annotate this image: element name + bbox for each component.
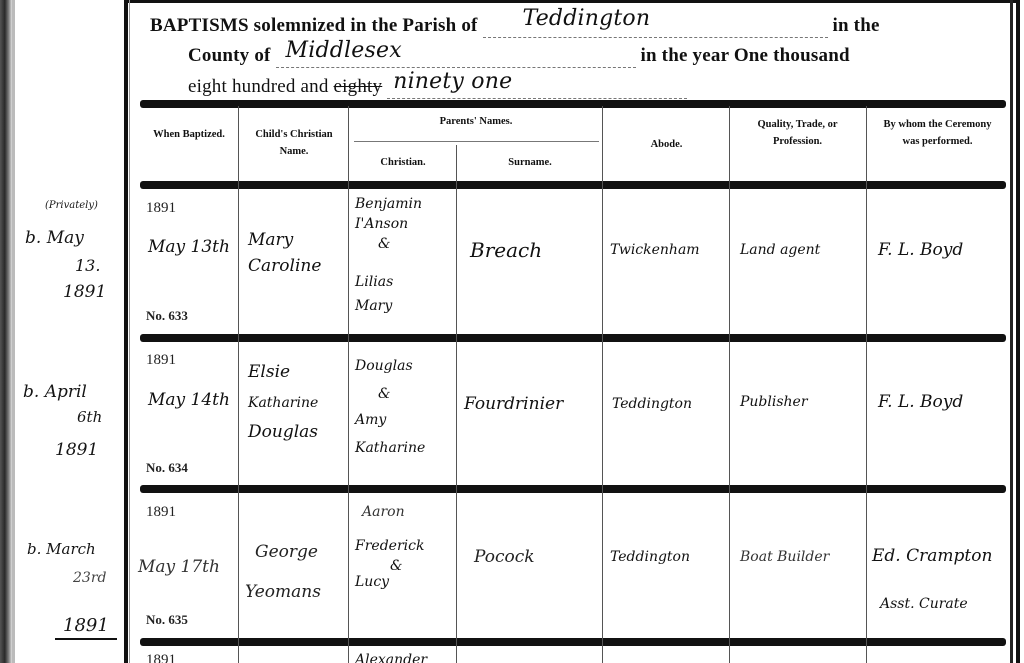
entry-633-father-first: Benjamin (355, 194, 422, 214)
entry-634-father-first: Douglas (355, 356, 413, 376)
header-parents-names: Parents' Names. (350, 113, 602, 130)
margin-note-633-month: b. May (25, 228, 84, 248)
entry-635-surname: Pocock (474, 545, 535, 569)
margin-note-633-year: 1891 (63, 282, 106, 302)
entry-635-parents-and: & (390, 556, 402, 576)
entry-633-parents-and: & (378, 234, 390, 254)
margin-note-633-label: (Privately) (45, 200, 98, 211)
margin-note-635-year: 1891 (55, 615, 117, 640)
header-by-whom: By whom the Ceremony was performed. (880, 116, 995, 150)
entry-634-abode: Teddington (612, 394, 692, 414)
entry-635-number: No. 635 (146, 612, 188, 628)
entry-634-number: No. 634 (146, 460, 188, 476)
year-prefix: eight hundred and (188, 76, 329, 97)
header-parents-christian: Christian. (350, 154, 456, 171)
header-quality: Quality, Trade, or Profession. (740, 116, 855, 150)
county-value: Middlesex (276, 38, 402, 63)
year-label: in the year One thousand (640, 45, 849, 66)
entry-635-father-first: Aaron (362, 502, 405, 522)
col-divider-1 (238, 106, 239, 663)
entry-633-child-middle: Caroline (248, 254, 321, 278)
entry-635-mother-first: Lucy (355, 572, 389, 592)
entry-633-date: May 13th (148, 235, 230, 259)
title-line-2: County of Middlesex in the year One thou… (188, 42, 850, 68)
county-field: Middlesex (276, 42, 636, 68)
entry-635-year: 1891 (146, 504, 176, 521)
entry-634-parents-and: & (378, 384, 390, 404)
margin-note-634-day: 6th (77, 408, 102, 426)
margin-note-635-day: 23rd (73, 570, 106, 586)
entry-633-mother-first: Lilias (355, 272, 393, 292)
margin-note-634-year: 1891 (55, 440, 98, 460)
page-right-border (1010, 0, 1013, 663)
header-when-baptized: When Baptized. (140, 126, 238, 143)
entry-634-year: 1891 (146, 352, 176, 369)
entry-635-abode: Teddington (610, 547, 690, 567)
year-field: ninety one (387, 73, 687, 99)
parents-subheader-line (354, 141, 599, 142)
entry-635-child-middle: Yeomans (245, 580, 321, 604)
entry-633-surname: Breach (470, 238, 542, 262)
register-margin: (Privately) b. May 13. 1891 b. April 6th… (15, 0, 125, 663)
entry-633-performed-by: F. L. Boyd (878, 238, 963, 262)
binding-edge (0, 0, 12, 663)
entry-634-mother-first: Amy (355, 410, 386, 430)
entry-633-abode: Twickenham (610, 240, 700, 260)
entry-634-child-middle: Katharine (248, 393, 318, 413)
header-top-rule (140, 100, 1006, 108)
title-prefix: BAPTISMS solemnized in the Parish of (150, 15, 478, 36)
col-divider-2 (348, 106, 349, 663)
entry-634-mother-middle: Katharine (355, 438, 425, 458)
header-abode: Abode. (604, 136, 729, 153)
entry-635-child-first: George (255, 540, 318, 564)
page-right-outer-border (1016, 0, 1020, 663)
entry-634-date: May 14th (148, 388, 230, 412)
header-bottom-rule (140, 181, 1006, 189)
margin-note-633-day: 13. (75, 256, 100, 275)
year-value: ninety one (387, 69, 512, 94)
entry-633-number: No. 633 (146, 308, 188, 324)
entry-636-year-partial: 1891 (146, 652, 176, 663)
entry-635-performed-by-title: Asst. Curate (880, 594, 968, 614)
header-child-name: Child's Christian Name. (240, 126, 348, 160)
entry-633-child-first: Mary (248, 228, 293, 252)
col-divider-5 (729, 106, 730, 663)
entry-635-performed-by: Ed. Crampton (872, 544, 992, 568)
entry-635-father-middle: Frederick (355, 536, 424, 556)
entry-634-child-first: Elsie (248, 360, 290, 384)
entry-634-rule (140, 485, 1006, 493)
entry-633-rule (140, 334, 1006, 342)
parish-field: Teddington (483, 12, 828, 38)
entry-633-mother-middle: Mary (355, 296, 392, 316)
entry-635-date: May 17th (138, 555, 220, 579)
county-label: County of (188, 45, 271, 66)
col-divider-4 (602, 106, 603, 663)
title-line-3: eight hundred and eighty ninety one (188, 73, 687, 99)
entry-636-parents-partial: Alexander (355, 650, 427, 663)
entry-633-year: 1891 (146, 200, 176, 217)
header-parents-surname: Surname. (458, 154, 602, 171)
entry-635-rule (140, 638, 1006, 646)
struck-decade: eighty (334, 76, 383, 97)
col-divider-3 (456, 145, 457, 663)
parish-value: Teddington (483, 6, 651, 31)
title-line-1: BAPTISMS solemnized in the Parish of Ted… (150, 12, 880, 38)
entry-634-profession: Publisher (740, 392, 808, 412)
entry-634-child-last: Douglas (248, 420, 318, 444)
page-inner-border (129, 0, 130, 663)
margin-note-634-month: b. April (23, 382, 87, 402)
entry-633-father-middle: I'Anson (355, 214, 408, 234)
entry-635-profession: Boat Builder (740, 547, 829, 567)
entry-634-surname: Fourdrinier (464, 392, 563, 416)
entry-634-performed-by: F. L. Boyd (878, 390, 963, 414)
margin-note-635-month: b. March (27, 540, 96, 558)
entry-633-profession: Land agent (740, 240, 820, 260)
col-divider-6 (866, 106, 867, 663)
title-suffix: in the (832, 15, 879, 36)
